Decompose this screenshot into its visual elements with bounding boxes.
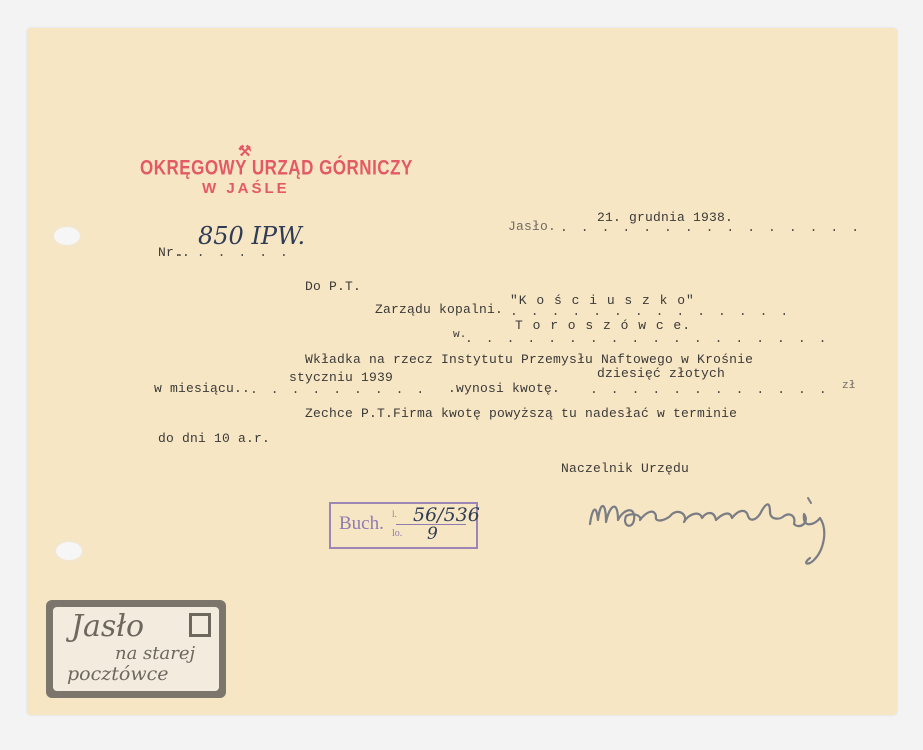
buch-label: Buch.	[339, 513, 384, 535]
postage-stamp-icon	[189, 613, 211, 637]
office-stamp: ⚒ OKRĘGOWY URZĄD GÓRNICZY W JAŚLE	[140, 144, 360, 204]
logo-line-2: na starej	[115, 643, 195, 664]
salutation: Do P.T.	[305, 279, 361, 294]
buch-sup: l.	[392, 509, 397, 519]
signature	[584, 490, 864, 585]
buch-sub: lo.	[392, 528, 402, 539]
number-handwritten: 850 IPW.	[198, 222, 305, 250]
amount-label: .wynosi kwotę.	[448, 381, 560, 396]
body-line-1: Wkładka na rzecz Instytutu Przemysłu Naf…	[305, 352, 753, 367]
dotted-leader: . . . . . . . . .	[250, 382, 427, 397]
buch-number-top: 56/536	[413, 504, 480, 526]
punch-hole	[56, 542, 82, 560]
signature-title: Naczelnik Urzędu	[561, 461, 689, 476]
punch-hole	[54, 227, 80, 245]
watermark-logo: Jasło na starej pocztówce	[46, 600, 226, 698]
dotted-leader: . . . . . . . . . . . . . . . . . .	[465, 331, 829, 346]
dotted-leader: . . . . . . . . . . . . . . .	[560, 220, 862, 235]
place: Jasło.	[508, 219, 556, 234]
amount-end: zł	[842, 380, 856, 392]
month-label: w miesiącu..	[154, 381, 250, 396]
body-line-3: Zechce P.T.Firma kwotę powyższą tu nades…	[305, 406, 737, 421]
buch-number-bottom: 9	[427, 524, 438, 544]
bookkeeping-stamp: Buch. l. lo. 56/536 9	[329, 502, 478, 549]
logo-line-1: Jasło	[71, 609, 144, 644]
logo-line-3: pocztówce	[67, 663, 168, 685]
stamp-line-2: W JAŚLE	[202, 180, 290, 197]
dotted-leader: . . . . . . . . . . . . . .	[510, 304, 791, 319]
amount-value: dziesięć złotych	[597, 366, 725, 381]
logo-card: Jasło na starej pocztówce	[53, 607, 219, 691]
body-line-4: do dni 10 a.r.	[158, 431, 270, 446]
dotted-leader: . . . . . . . . . . . .	[590, 382, 829, 397]
addressee-line-1-label: Zarządu kopalni.	[375, 302, 503, 317]
handwritten-signature-icon	[584, 490, 864, 580]
stamp-line-1: OKRĘGOWY URZĄD GÓRNICZY	[140, 156, 413, 181]
